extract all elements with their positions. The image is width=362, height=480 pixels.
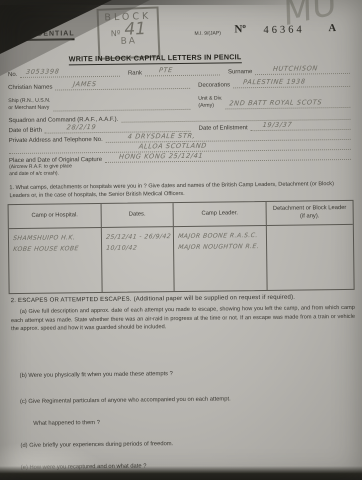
serial-prefix: Nº (234, 23, 246, 35)
col-header-dates: Dates. (101, 203, 174, 228)
unit-label-line1: Unit & Div. (198, 95, 222, 101)
section-2e-text: (e) How were you recaptured and on what … (21, 463, 147, 471)
capture-value: HONG KONG 25/12/41 (119, 152, 204, 161)
classification-marking: CONFIDENTIAL (10, 30, 74, 41)
address-value-line2: ALLOA SCOTLAND (138, 142, 207, 151)
serial-series-letter: A (328, 23, 336, 34)
camp-entry-2: KOBE HOUSE KOBE (12, 243, 98, 256)
form-sheet: CONFIDENTIAL BLOCK Nº 41 BA M.I. 9/(JAP)… (0, 0, 362, 480)
section-2b-text: (b) Were you physically fit when you mad… (20, 371, 173, 379)
surname-label: Surname (228, 69, 255, 75)
rank-label: Rank (128, 70, 145, 76)
ship-label: Ship (R.N., U.S.N. or Merchant Navy (8, 98, 53, 113)
dates-entry-2: 10/10/42 (105, 243, 170, 255)
field-surname: Surname HUTCHISON (228, 64, 350, 75)
ship-label-line2: or Merchant Navy (8, 105, 49, 111)
unit-label-line2: (Army) (198, 103, 214, 109)
form-reference: M.I. 9/(JAP) (194, 30, 220, 36)
surname-line: HUTCHISON (255, 64, 350, 75)
table-cell-detachment-leader (267, 225, 354, 290)
christian-names-line: JAMES (55, 79, 190, 91)
block-number-stamp: BLOCK Nº 41 BA (97, 6, 161, 59)
stamp-no-prefix: Nº (111, 30, 121, 38)
dob-value: 28/2/19 (67, 123, 98, 131)
pow-liberation-questionnaire-photo: CONFIDENTIAL BLOCK Nº 41 BA M.I. 9/(JAP)… (0, 0, 362, 480)
field-row-ship-unit: Ship (R.N., U.S.N. or Merchant Navy Unit… (8, 88, 350, 112)
block-capitals-instruction: WRITE IN BLOCK CAPITAL LETTERS IN PENCIL (69, 52, 242, 65)
no-label: No. (8, 72, 20, 78)
section-2d-text: (d) Give briefly your experiences during… (20, 441, 173, 449)
decorations-value: PALESTINE 1938 (243, 77, 306, 86)
section-2c-text: (c) Give Regimental particulars of anyon… (20, 396, 231, 405)
christian-names-value: JAMES (73, 80, 97, 88)
rank-line: PTE (145, 66, 220, 77)
christian-names-label: Christian Names (8, 85, 55, 92)
field-rank: Rank PTE (128, 66, 220, 77)
unit-value: 2ND BATT ROYAL SCOTS (229, 98, 323, 107)
unit-label: Unit & Div. (Army) (198, 95, 225, 109)
detachment-entry (271, 229, 350, 230)
section-2a-text: (a) Give full description and approx. da… (11, 304, 355, 334)
stamp-line3: BA (120, 38, 137, 48)
field-decorations: Decorations PALESTINE 1938 (198, 77, 350, 89)
capture-sublabel: (Aircrew R.A.F. to give place and date o… (9, 163, 72, 178)
section-2-title: 2. ESCAPES OR ATTEMPTED ESCAPES. (Additi… (11, 294, 355, 304)
rank-value: PTE (158, 66, 173, 74)
field-no: No. 3053398 (8, 67, 120, 78)
field-ship: Ship (R.N., U.S.N. or Merchant Navy (8, 96, 190, 112)
surname-value: HUTCHISON (273, 64, 319, 73)
table-cell-dates: 25/12/41 - 26/9/42 10/10/42 (102, 227, 175, 292)
col-header-camp-leader: Camp Leader. (174, 202, 267, 227)
question-1-text: 1. What camps, detachments or hospitals … (9, 180, 353, 201)
decorations-line: PALESTINE 1938 (233, 77, 350, 88)
ship-line (53, 100, 190, 112)
no-value: 3053398 (26, 67, 60, 75)
decorations-label: Decorations (198, 82, 233, 88)
enlistment-value: 19/3/37 (262, 121, 293, 129)
capture-sublabel-line2: and date of a/c crash). (9, 171, 59, 178)
field-unit: Unit & Div. (Army) 2ND BATT ROYAL SCOTS (198, 94, 350, 110)
leader-entry-2: MAJOR NOUGHTON R.E. (178, 241, 264, 254)
field-row-no-rank-surname: No. 3053398 Rank PTE Surname HUTCHISON (8, 64, 350, 78)
col-header-camp: Camp or Hospital. (9, 204, 102, 229)
no-line: 3053398 (20, 67, 120, 78)
unit-line: 2ND BATT ROYAL SCOTS (225, 98, 350, 110)
camps-table: Camp or Hospital. Dates. Camp Leader. De… (8, 200, 355, 294)
ship-label-line1: Ship (R.N., U.S.N. (8, 98, 50, 105)
capture-sublabel-line1: (Aircrew R.A.F. to give place (9, 163, 72, 170)
table-cell-camp: SHAMSHUIPO H.K. KOBE HOUSE KOBE (9, 228, 103, 293)
table-cell-camp-leader: MAJOR BOONE R.A.S.C. MAJOR NOUGHTON R.E. (174, 226, 268, 291)
col-header-detachment-leader: Detachment or Block Leader (if any). (267, 201, 353, 226)
address-value-line1: 4 DRYSDALE STR, (127, 132, 195, 141)
capture-line: HONG KONG 25/12/41 (105, 150, 351, 163)
section-2c-followup-text: What happened to them ? (33, 420, 100, 427)
